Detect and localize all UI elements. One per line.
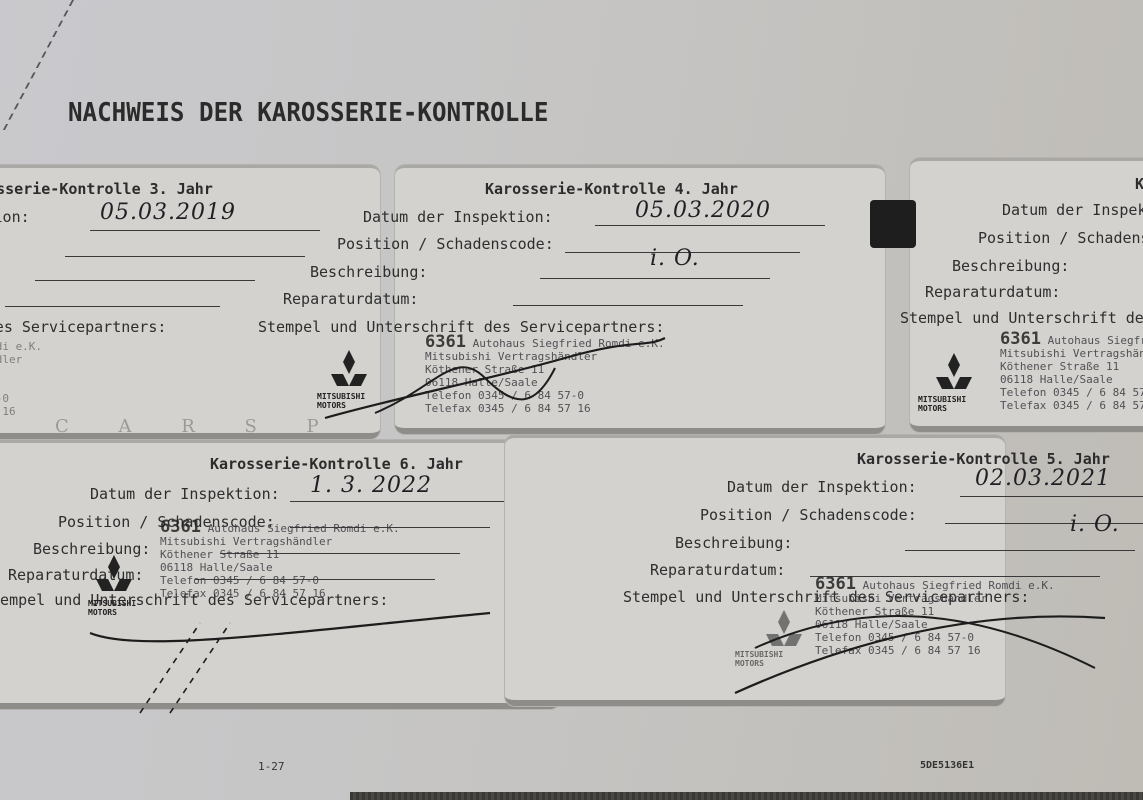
signature xyxy=(80,593,500,723)
signature xyxy=(315,318,675,428)
inspection-card-year-4: Karosserie-Kontrolle 4. Jahr Datum der I… xyxy=(395,165,885,434)
date-label: Datum der Inspektion: xyxy=(1002,201,1143,219)
document-code: 5DE5136E1 xyxy=(920,760,974,771)
date-value: 05.03.2020 xyxy=(635,198,771,223)
card-title: Karosserie-Kontrolle 6. Jahr xyxy=(210,455,463,473)
stamp-label: Stempel und Unterschrift des Servicepart… xyxy=(900,309,1143,327)
date-label: Datum der Inspektion: xyxy=(0,208,30,226)
date-value: 05.03.2019 xyxy=(100,200,236,225)
table-edge xyxy=(350,792,1143,800)
date-line xyxy=(960,496,1143,497)
description-line xyxy=(905,550,1135,551)
date-line xyxy=(290,501,515,502)
description-value: i. O. xyxy=(1070,512,1120,537)
stamp-label: Stempel und Unterschrift des Servicepart… xyxy=(0,318,166,336)
description-label: Beschreibung: xyxy=(675,534,792,552)
date-line xyxy=(90,230,320,231)
date-value: 1. 3. 2022 xyxy=(310,473,432,498)
repair-date-label: Reparaturdatum: xyxy=(650,561,785,579)
position-label: Position / Schadenscode: xyxy=(700,506,917,524)
card-title: Karosserie-Kontrolle 3. Jahr xyxy=(0,180,213,198)
date-label: Datum der Inspektion: xyxy=(727,478,917,496)
date-value: 02.03.2021 xyxy=(975,466,1111,491)
description-value: i. O. xyxy=(650,246,700,271)
description-label: Beschreibung: xyxy=(952,257,1069,275)
repair-date-label: Reparaturdatum: xyxy=(925,283,1060,301)
position-label: Position / Schadenscode: xyxy=(337,235,554,253)
repair-date-line xyxy=(513,305,743,306)
page-edge xyxy=(3,0,74,130)
page-title: NACHWEIS DER KAROSSERIE-KONTROLLE xyxy=(68,98,548,128)
dealer-stamp: Autohaus Siegfried Romdi e.K.Mitsubishi … xyxy=(0,340,42,418)
inspection-card-year-5: Karosserie-Kontrolle 5. Jahr Datum der I… xyxy=(505,435,1005,706)
repair-date-line xyxy=(5,306,220,307)
logo-text: MITSUBISHIMOTORS xyxy=(918,395,966,413)
position-label: Position / Schadenscode: xyxy=(978,229,1143,247)
page-number: 1-27 xyxy=(258,760,285,773)
date-line xyxy=(595,225,825,226)
signature xyxy=(715,588,1115,698)
card-title: Karosserie-Kontrolle 4. Jahr xyxy=(485,180,738,198)
page-marker-icon xyxy=(870,200,916,248)
date-label: Datum der Inspektion: xyxy=(90,485,280,503)
card-title: Karosserie-Kontrolle 7. Jahr xyxy=(1135,175,1143,193)
inspection-card-year-6: Karosserie-Kontrolle 6. Jahr Datum der I… xyxy=(0,440,560,709)
dealer-stamp: 6361 Autohaus Siegfried Romdi e.K. Mitsu… xyxy=(1000,333,1143,412)
mitsubishi-logo-icon xyxy=(930,351,978,401)
dealer-stamp: 6361 Autohaus Siegfried Romdi e.K. Mitsu… xyxy=(160,521,400,600)
description-line xyxy=(540,278,770,279)
position-line xyxy=(65,256,305,257)
date-label: Datum der Inspektion: xyxy=(363,208,553,226)
description-line xyxy=(35,280,255,281)
description-label: Beschreibung: xyxy=(310,263,427,281)
repair-date-label: Reparaturdatum: xyxy=(283,290,418,308)
inspection-card-year-7: Karosserie-Kontrolle 7. Jahr Datum der I… xyxy=(910,158,1143,432)
